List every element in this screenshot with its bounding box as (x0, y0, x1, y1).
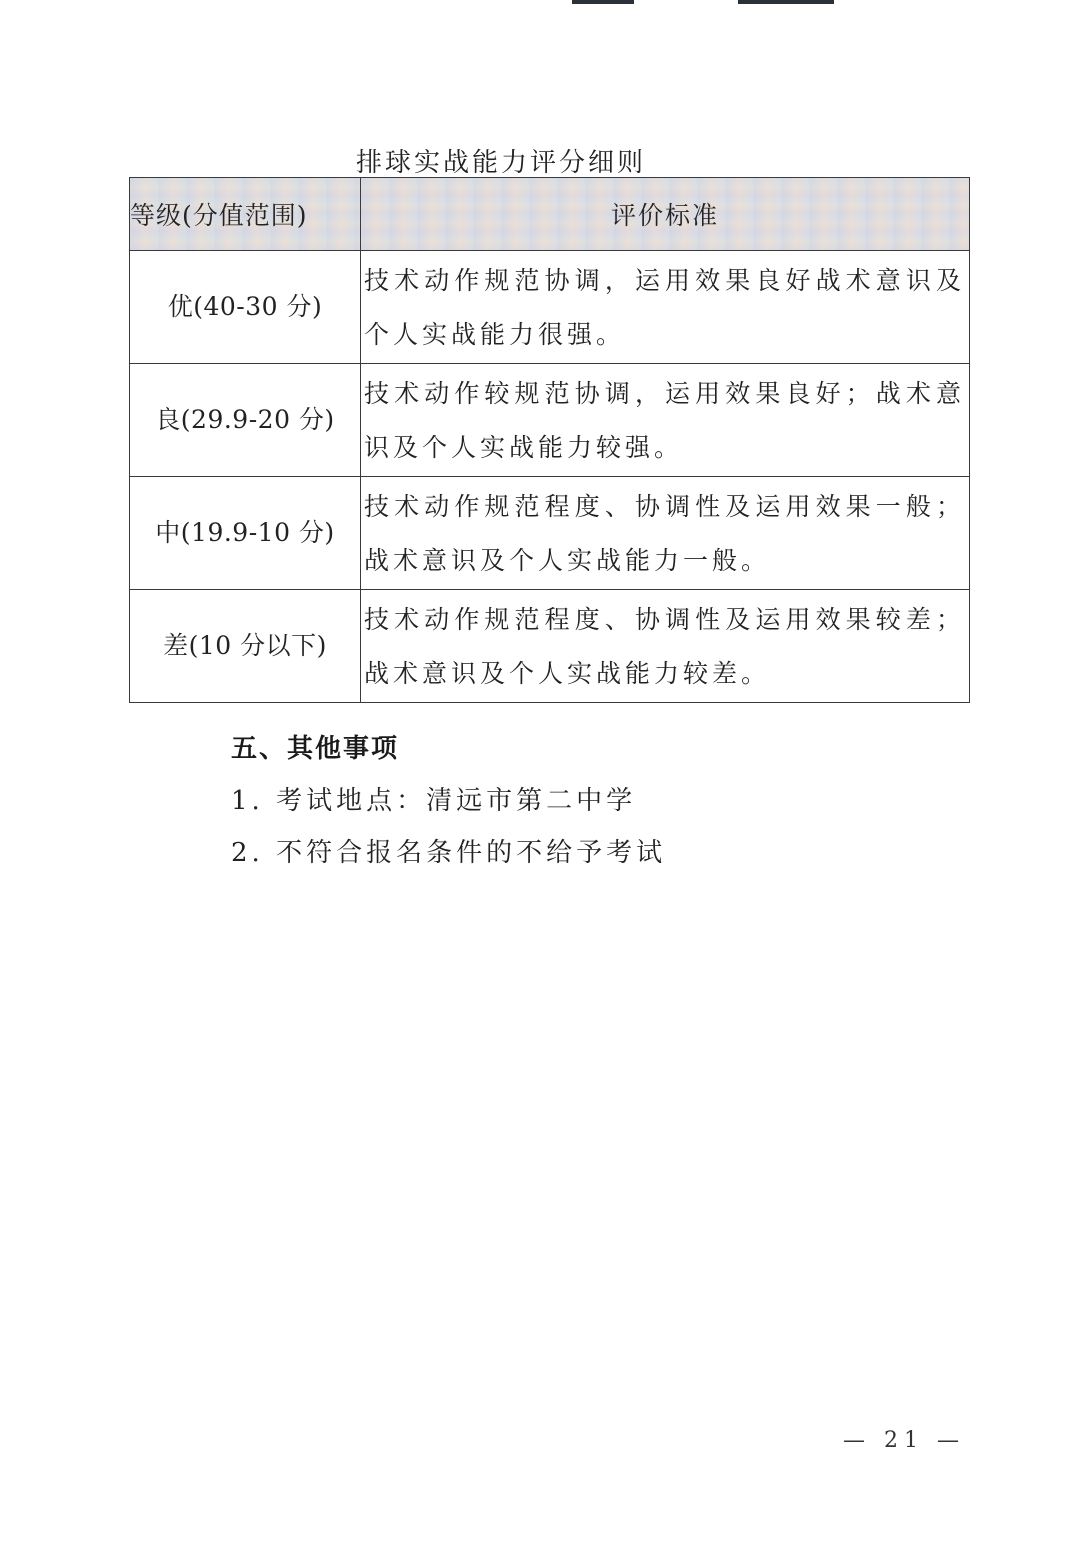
criteria-cell: 技术动作较规范协调，运用效果良好；战术意识及个人实战能力较强。 (361, 364, 970, 477)
scoring-table: 等级(分值范围) 评价标准 优(40-30 分) 技术动作规范协调，运用效果良好… (129, 177, 970, 703)
grade-cell: 良(29.9-20 分) (130, 364, 361, 477)
criteria-cell: 技术动作规范协调，运用效果良好战术意识及个人实战能力很强。 (361, 251, 970, 364)
scan-artifact (738, 0, 834, 4)
header-grade: 等级(分值范围) (130, 178, 361, 251)
header-criteria: 评价标准 (361, 178, 970, 251)
section-heading: 五、其他事项 (231, 728, 399, 765)
table-header-row: 等级(分值范围) 评价标准 (130, 178, 970, 251)
grade-cell: 优(40-30 分) (130, 251, 361, 364)
criteria-cell: 技术动作规范程度、协调性及运用效果较差；战术意识及个人实战能力较差。 (361, 590, 970, 703)
table-title: 排球实战能力评分细则 (356, 142, 646, 179)
table-row: 中(19.9-10 分) 技术动作规范程度、协调性及运用效果一般；战术意识及个人… (130, 477, 970, 590)
table-row: 差(10 分以下) 技术动作规范程度、协调性及运用效果较差；战术意识及个人实战能… (130, 590, 970, 703)
criteria-cell: 技术动作规范程度、协调性及运用效果一般；战术意识及个人实战能力一般。 (361, 477, 970, 590)
grade-cell: 中(19.9-10 分) (130, 477, 361, 590)
page-number: — 21 — (843, 1428, 965, 1453)
note-item-exam-location: 1. 考试地点：清远市第二中学 (231, 780, 636, 817)
grade-cell: 差(10 分以下) (130, 590, 361, 703)
table-row: 良(29.9-20 分) 技术动作较规范协调，运用效果良好；战术意识及个人实战能… (130, 364, 970, 477)
note-item-eligibility: 2. 不符合报名条件的不给予考试 (231, 832, 666, 869)
scan-artifact (572, 0, 634, 4)
table-row: 优(40-30 分) 技术动作规范协调，运用效果良好战术意识及个人实战能力很强。 (130, 251, 970, 364)
